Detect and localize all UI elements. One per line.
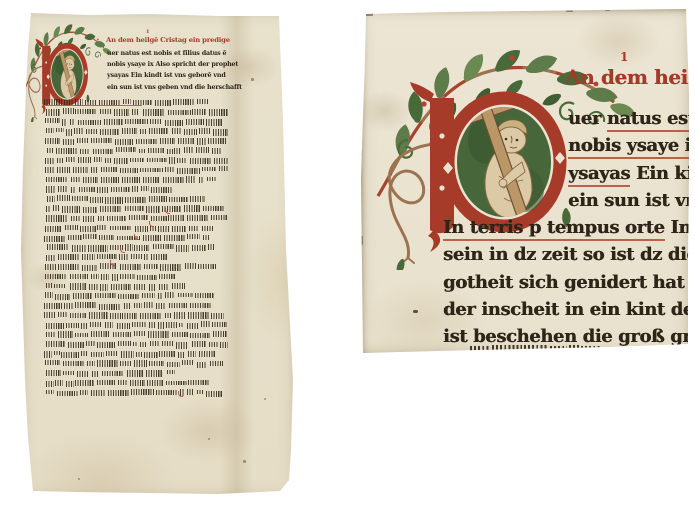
deckle-edge-mark	[566, 9, 573, 12]
rubric-paragraph-mark	[110, 260, 115, 266]
deckle-edge-mark	[605, 8, 610, 11]
rubric-paragraph-mark	[134, 234, 139, 240]
rubric-heading: An dem heilge	[565, 64, 692, 90]
text-line: ysayas Ein kindt	[568, 160, 692, 187]
text-line: sein in dz zeit so ist dz die aller g	[443, 241, 692, 268]
body-text-block	[44, 97, 228, 397]
detail-text-lines: uer natus est nnobis ysaye ixysayas Ein …	[443, 105, 692, 351]
text-line: In terris p tempus orte In den ʒ	[443, 214, 692, 241]
stain-speck	[208, 438, 210, 440]
stain-speck	[251, 78, 254, 81]
stain-speck	[264, 398, 266, 400]
text-line: nobis ysaye ix Also spricht der prophet	[107, 59, 247, 70]
deckle-edge-mark	[359, 146, 362, 156]
text-line: uer natus est n	[568, 105, 692, 132]
rubric-heading: An dem heilgē Cristag ein predige	[106, 35, 230, 46]
stain-speck	[243, 460, 246, 463]
deckle-edge-mark	[361, 236, 363, 245]
rubric-paragraph-mark	[120, 247, 125, 253]
rubric-heading-mark: 1	[620, 50, 628, 64]
manuscript-detail-photo: An dem heilge 1 uer natus est nnobis ysa…	[358, 6, 692, 356]
stain-speck	[78, 478, 80, 480]
text-line: gotheit sich genidert hat Vnd v	[443, 269, 692, 296]
deckle-edge-mark	[364, 12, 373, 16]
text-line: uer natus est nobis et filius datus ē	[107, 48, 247, 59]
text-line: ysayas Ein kindt ist vns geborē vnd	[107, 70, 247, 81]
rubric-heading-mark: 1	[146, 29, 149, 35]
indented-text-lines: uer natus est nobis et filius datus ēnob…	[107, 48, 247, 93]
rubric-paragraph-mark	[178, 391, 183, 397]
text-line: ein sun ist vns g	[568, 187, 692, 214]
text-line: nobis ysaye ix	[568, 132, 692, 159]
text-line: der inscheit in ein kint der pso	[443, 296, 692, 323]
text-line: ein sun ist vns geben vnd die herschafft	[107, 82, 247, 93]
rubric-paragraph-mark	[165, 208, 170, 214]
ink-fleck	[413, 310, 418, 313]
rubric-paragraph-mark	[149, 221, 154, 227]
manuscript-page-photo: An dem heilgē Cristag ein predige 1 uer …	[18, 8, 298, 500]
screenshot-canvas: An dem heilgē Cristag ein predige 1 uer …	[0, 0, 695, 509]
deckle-edge-mark	[360, 66, 363, 74]
partial-bottom-line	[470, 343, 600, 355]
